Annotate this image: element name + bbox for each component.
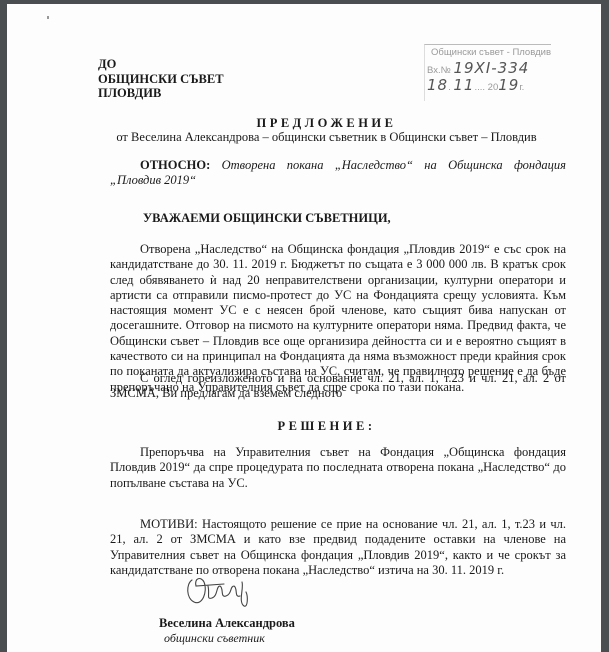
stamp-date-month: 11	[453, 76, 474, 94]
stamp-date-year-prefix: 20	[488, 82, 499, 93]
document-title: ПРЕДЛОЖЕНИЕ	[87, 116, 566, 131]
stamp-date-day: 18	[427, 76, 448, 94]
motives-text: МОТИВИ: Настоящото решение се прие на ос…	[110, 517, 566, 578]
signer-name: Веселина Александрова	[159, 616, 295, 631]
stamp-reg-number: 19XI-334	[453, 59, 529, 77]
from-line: от Веселина Александрова – общински съве…	[87, 130, 566, 145]
addressee-line-3: ПЛОВДИВ	[98, 86, 224, 101]
subject-block: ОТНОСНО: Отворена покана „Наследство“ на…	[110, 158, 566, 188]
document-page: ДО ОБЩИНСКИ СЪВЕТ ПЛОВДИВ Общински съвет…	[7, 4, 601, 652]
signer-role: общински съветник	[164, 631, 265, 646]
scan-speck	[47, 16, 49, 19]
greeting: УВАЖАЕМИ ОБЩИНСКИ СЪВЕТНИЦИ,	[143, 211, 391, 226]
paragraph-proposal: С оглед гореизложеното и на основание чл…	[110, 371, 566, 402]
decision-title: РЕШЕНИЕ:	[87, 419, 566, 434]
stamp-reg-line: Вх.№ 19XI-334	[427, 59, 529, 77]
registration-stamp: Общински съвет - Пловдив Вх.№ 19XI-334 1…	[424, 44, 551, 101]
decision-text: Препоръчва на Управителния съвет на Фонд…	[110, 445, 566, 491]
stamp-date-line: 18. 11.... 2019г.	[427, 76, 524, 94]
stamp-reg-label: Вх.№	[427, 65, 451, 76]
addressee-block: ДО ОБЩИНСКИ СЪВЕТ ПЛОВДИВ	[98, 57, 224, 101]
handwritten-signature	[184, 572, 264, 612]
stamp-institution: Общински съвет - Пловдив	[431, 47, 551, 58]
stamp-year-label: г.	[519, 82, 524, 93]
subject-label: ОТНОСНО:	[140, 158, 210, 172]
addressee-line-2: ОБЩИНСКИ СЪВЕТ	[98, 72, 224, 87]
addressee-line-1: ДО	[98, 57, 224, 72]
stamp-date-year-suffix: 19	[498, 76, 519, 94]
